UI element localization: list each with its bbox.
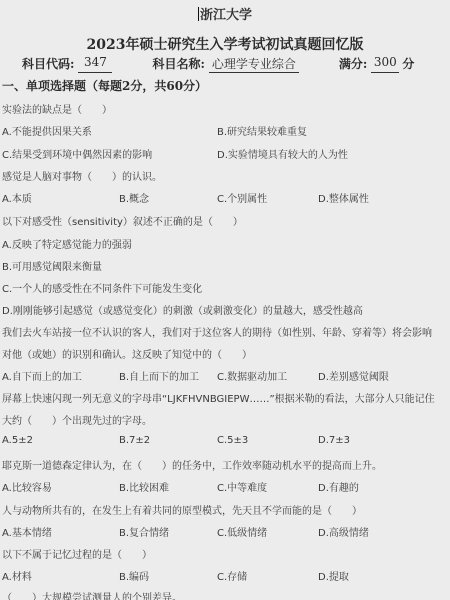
option-c: C.5±3 [217, 435, 248, 446]
section-title: 一、单项选择题（每题2分，共60分） [2, 77, 207, 94]
option-d: D.7±3 [318, 435, 350, 446]
option-a: A.材料 [2, 568, 32, 583]
option-d: D.差别感觉阈限 [318, 368, 389, 383]
subject-code: 347 [78, 55, 112, 73]
question-stem-continued: 大约（ ）个出现先过的字母。 [2, 412, 152, 427]
option-c: C.结果受到环境中偶然因素的影响 [2, 146, 152, 161]
option-b: B.比较困难 [119, 479, 169, 494]
subject-name: 心理学专业综合 [209, 55, 299, 73]
option-a: A.比较容易 [2, 479, 52, 494]
option-a: A.自下而上的加工 [2, 368, 82, 383]
subject-name-label: 科目名称: [152, 55, 204, 73]
option-a: A.基本情绪 [2, 524, 52, 539]
option-b: B.自上而下的加工 [119, 368, 199, 383]
option-d: D.高级情绪 [318, 524, 369, 539]
option-c: C.低级情绪 [217, 524, 267, 539]
option-b: B.编码 [119, 568, 149, 583]
option-c: C.存储 [217, 568, 247, 583]
option-a: A.不能提供因果关系 [2, 123, 92, 138]
question-stem: 以下不属于记忆过程的是（ ） [2, 546, 152, 561]
question-stem: 我们去火车站接一位不认识的客人，我们对于这位客人的期待（如性别、年龄、穿着等）将… [2, 324, 432, 339]
text-cursor [198, 7, 199, 21]
option-b: B.7±2 [119, 435, 150, 446]
full-score: 300 [371, 55, 399, 73]
option-c: C.个别属性 [217, 190, 267, 205]
option-d: D.有趣的 [318, 479, 359, 494]
option-a: A.反映了特定感觉能力的强弱 [2, 236, 132, 251]
question-stem: 感觉是人脑对事物（ ）的认识。 [2, 168, 162, 183]
question-stem-continued: 对他（或她）的识别和确认。这反映了知觉中的（ ） [2, 346, 252, 361]
full-score-unit: 分 [402, 55, 414, 73]
question-stem: 人与动物所共有的，在发生上有着共同的原型模式，先天且不学而能的是（ ） [2, 502, 362, 517]
option-d: D.提取 [318, 568, 349, 583]
question-stem: 以下对感受性（sensitivity）叙述不正确的是（ ） [2, 213, 243, 228]
option-a: A.本质 [2, 190, 32, 205]
university-name: 浙江大学 [0, 4, 450, 23]
full-score-label: 满分: [339, 55, 367, 73]
option-d: D.刚刚能够引起感觉（或感觉变化）的刺激（或刺激变化）的量越大，感受性越高 [2, 302, 363, 317]
university-text: 浙江大学 [200, 8, 252, 23]
option-c: C.中等难度 [217, 479, 267, 494]
option-a: A.5±2 [2, 435, 33, 446]
exam-title: 2023年硕士研究生入学考试初试真题回忆版 [0, 34, 450, 54]
option-d: D.实验情境具有较大的人为性 [217, 146, 348, 161]
option-d: D.整体属性 [318, 190, 369, 205]
option-b: B.概念 [119, 190, 149, 205]
option-b: B.可用感觉阈限来衡量 [2, 258, 102, 273]
subject-code-label: 科目代码: [22, 55, 74, 73]
option-c: C.一个人的感受性在不同条件下可能发生变化 [2, 280, 202, 295]
option-b: B.复合情绪 [119, 524, 169, 539]
exam-meta: 科目代码: 347 科目名称: 心理学专业综合 满分: 300 分 [22, 55, 414, 73]
option-b: B.研究结果较难重复 [217, 123, 307, 138]
question-stem: 实验法的缺点是（ ） [2, 101, 112, 116]
question-stem: 耶克斯一道德森定律认为，在（ ）的任务中，工作效率随动机水平的提高而上升。 [2, 457, 382, 472]
option-c: C.数据驱动加工 [217, 368, 287, 383]
question-stem: 屏幕上快速闪现一列无意义的字母串“LJKFHVNBGIEPW……”根据米勒的看法… [2, 390, 435, 405]
question-stem: （ ）大规模尝试测量人的个别差异。 [2, 589, 182, 600]
